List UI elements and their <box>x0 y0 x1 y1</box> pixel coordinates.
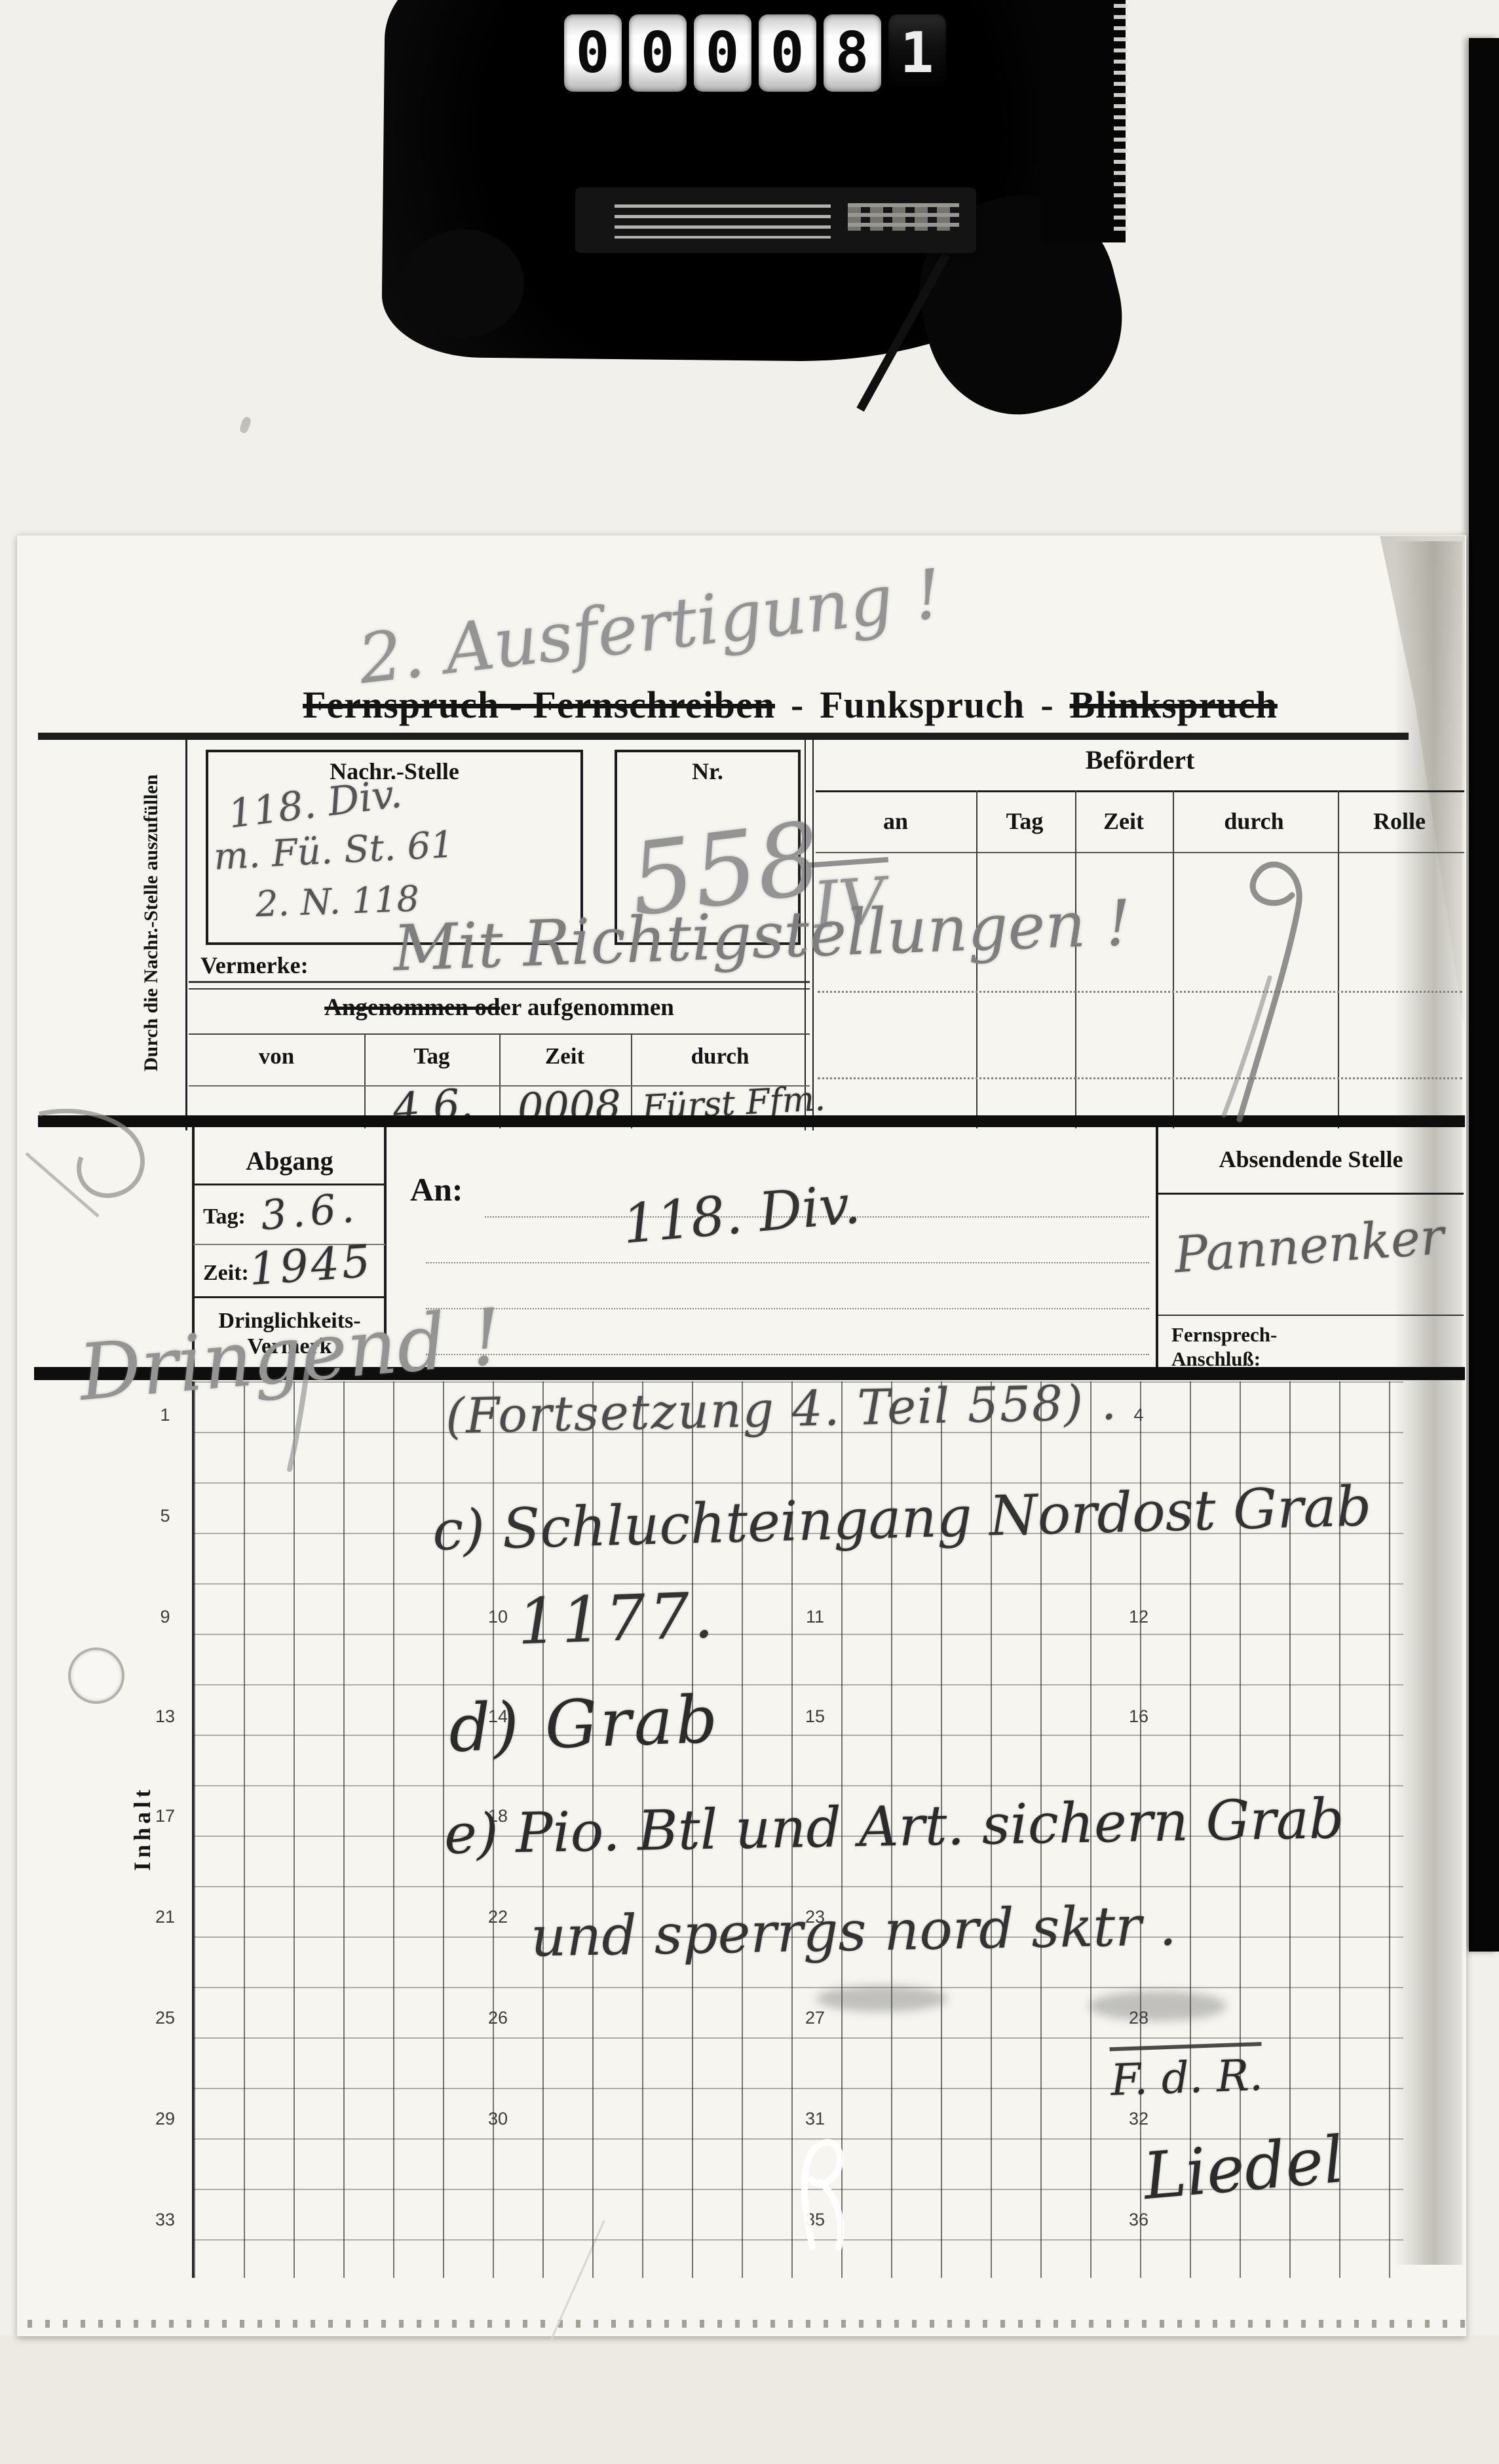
cell-number: 36 <box>1129 2210 1148 2230</box>
absender-line-1 <box>1158 1193 1464 1195</box>
cell-number: 32 <box>1129 2109 1148 2129</box>
absender-label: Absendende Stelle <box>1158 1145 1464 1173</box>
cell-number: 16 <box>1129 1706 1148 1727</box>
film-edge-black-band <box>1469 38 1499 1952</box>
abgang-title: Abgang <box>195 1145 385 1176</box>
befoerdert-col-zeit: Zeit <box>1103 807 1144 835</box>
cell-number: 27 <box>805 2008 825 2028</box>
received-divider-1 <box>364 1033 366 1128</box>
an-label: An: <box>410 1170 463 1208</box>
title-word-struck: Fernspruch - Fernschreiben <box>303 683 775 726</box>
backing-paper <box>0 2336 1499 2464</box>
title-underline <box>38 733 1409 740</box>
received-col-durch: durch <box>691 1043 750 1069</box>
cell-number: 35 <box>805 2210 825 2230</box>
received-col-von: von <box>259 1043 294 1069</box>
befoerdert-header-line <box>816 790 1464 792</box>
befoerdert-title: Befördert <box>816 744 1464 775</box>
an-dotted-3 <box>426 1308 1149 1309</box>
cell-number: 4 <box>1133 1405 1143 1425</box>
sidebar-fill-note: Durch die Nachr.-Stelle auszufüllen <box>140 739 162 1106</box>
received-col-zeit: Zeit <box>545 1043 584 1069</box>
received-divider-3 <box>631 1033 632 1128</box>
cell-number: 10 <box>488 1607 508 1627</box>
befoerdert-dotted-row-1 <box>818 991 1462 993</box>
abgang-line-3 <box>193 1296 385 1298</box>
absender-line-2 <box>1158 1315 1464 1316</box>
pencil-smudge <box>816 1986 947 2012</box>
cell-number: 21 <box>155 1907 175 1927</box>
abgang-tag-label: Tag: <box>203 1204 246 1229</box>
cell-number: 33 <box>155 2210 175 2230</box>
body-line-fdr: F. d. R. <box>1110 2042 1264 2106</box>
scanned-document-page: 0 0 0 0 8 1 2. Ausfertigung ! Fernspruch… <box>0 0 1499 2464</box>
cell-number: 22 <box>488 1907 508 1927</box>
befoerdert-col-tag: Tag <box>1006 807 1044 835</box>
title-word-struck: Blinkspruch <box>1070 683 1278 726</box>
frame-counter: 0 0 0 0 8 1 <box>542 14 967 92</box>
body-line-d: d) Grab <box>447 1681 721 1767</box>
pencil-smudge <box>1089 1991 1226 2021</box>
received-double-rule <box>189 981 810 990</box>
curled-edge-shadow <box>1394 541 1462 2265</box>
cell-number: 17 <box>155 1806 175 1826</box>
cell-number: 11 <box>806 1607 824 1627</box>
received-col-tag: Tag <box>413 1043 449 1069</box>
form-title: Fernspruch - Fernschreiben-Funkspruch-Bl… <box>197 683 1384 727</box>
cell-number: 12 <box>1129 1607 1148 1627</box>
an-dotted-4 <box>426 1354 1149 1355</box>
befoerdert-col-rolle: Rolle <box>1373 807 1426 835</box>
title-separator: - <box>791 683 804 726</box>
cell-number: 5 <box>160 1506 170 1526</box>
counter-digit: 0 <box>694 14 751 92</box>
cell-number: 31 <box>805 2109 825 2129</box>
title-separator: - <box>1040 683 1053 726</box>
fernsprech-label-line1: Fernsprech- <box>1171 1322 1277 1347</box>
nr-label: Nr. <box>617 758 798 785</box>
counter-digit: 0 <box>564 14 622 92</box>
received-header-rest: er aufgenommen <box>500 994 674 1021</box>
inhalt-sidebar-label: Inhalt <box>128 1769 156 1887</box>
received-header: Angenommen oder aufgenommen <box>189 993 810 1022</box>
cell-number: 29 <box>155 2109 175 2129</box>
upper-section-left-border <box>185 739 187 1130</box>
counter-digit: 0 <box>629 14 687 92</box>
abgang-zeit-label: Zeit: <box>203 1261 249 1286</box>
perforated-bottom-edge <box>28 2320 1465 2328</box>
heavy-divider-band-1 <box>38 1115 1465 1127</box>
vermerke-label: Vermerke: <box>200 952 309 979</box>
device-shadow-blob-small <box>403 229 524 337</box>
cell-number: 26 <box>488 2008 508 2028</box>
cell-number: 13 <box>155 1706 175 1727</box>
befoerdert-dotted-row-2 <box>818 1077 1462 1079</box>
abgang-zeit-value: 1945 <box>247 1236 374 1296</box>
cell-number: 9 <box>160 1607 170 1627</box>
punch-hole <box>68 1647 124 1704</box>
title-word: Funkspruch <box>820 683 1025 726</box>
film-sprocket-band <box>1040 0 1126 242</box>
fernsprech-label: Fernsprech- Anschluß: <box>1171 1322 1277 1371</box>
counter-digit: 1 <box>888 14 946 92</box>
cell-number: 30 <box>488 2109 508 2129</box>
device-label-plate <box>575 187 976 253</box>
counter-digit: 0 <box>759 14 816 92</box>
received-divider-2 <box>499 1033 501 1128</box>
befoerdert-col-durch: durch <box>1224 807 1283 835</box>
abgang-tag-value: 3.6. <box>259 1184 361 1240</box>
stray-pencil-mark <box>238 416 252 434</box>
body-line-1177: 1177. <box>516 1579 719 1659</box>
an-dotted-2 <box>426 1262 1149 1263</box>
cell-number: 25 <box>155 2008 175 2028</box>
counter-digit: 8 <box>824 14 881 92</box>
received-header-struck-part: Angenommen od <box>324 994 500 1021</box>
cell-number: 15 <box>805 1706 825 1727</box>
befoerdert-subline <box>816 852 1464 853</box>
befoerdert-col-an: an <box>883 807 908 835</box>
body-line-und-sperrgs: und sperrgs nord sktr . <box>530 1893 1177 1969</box>
